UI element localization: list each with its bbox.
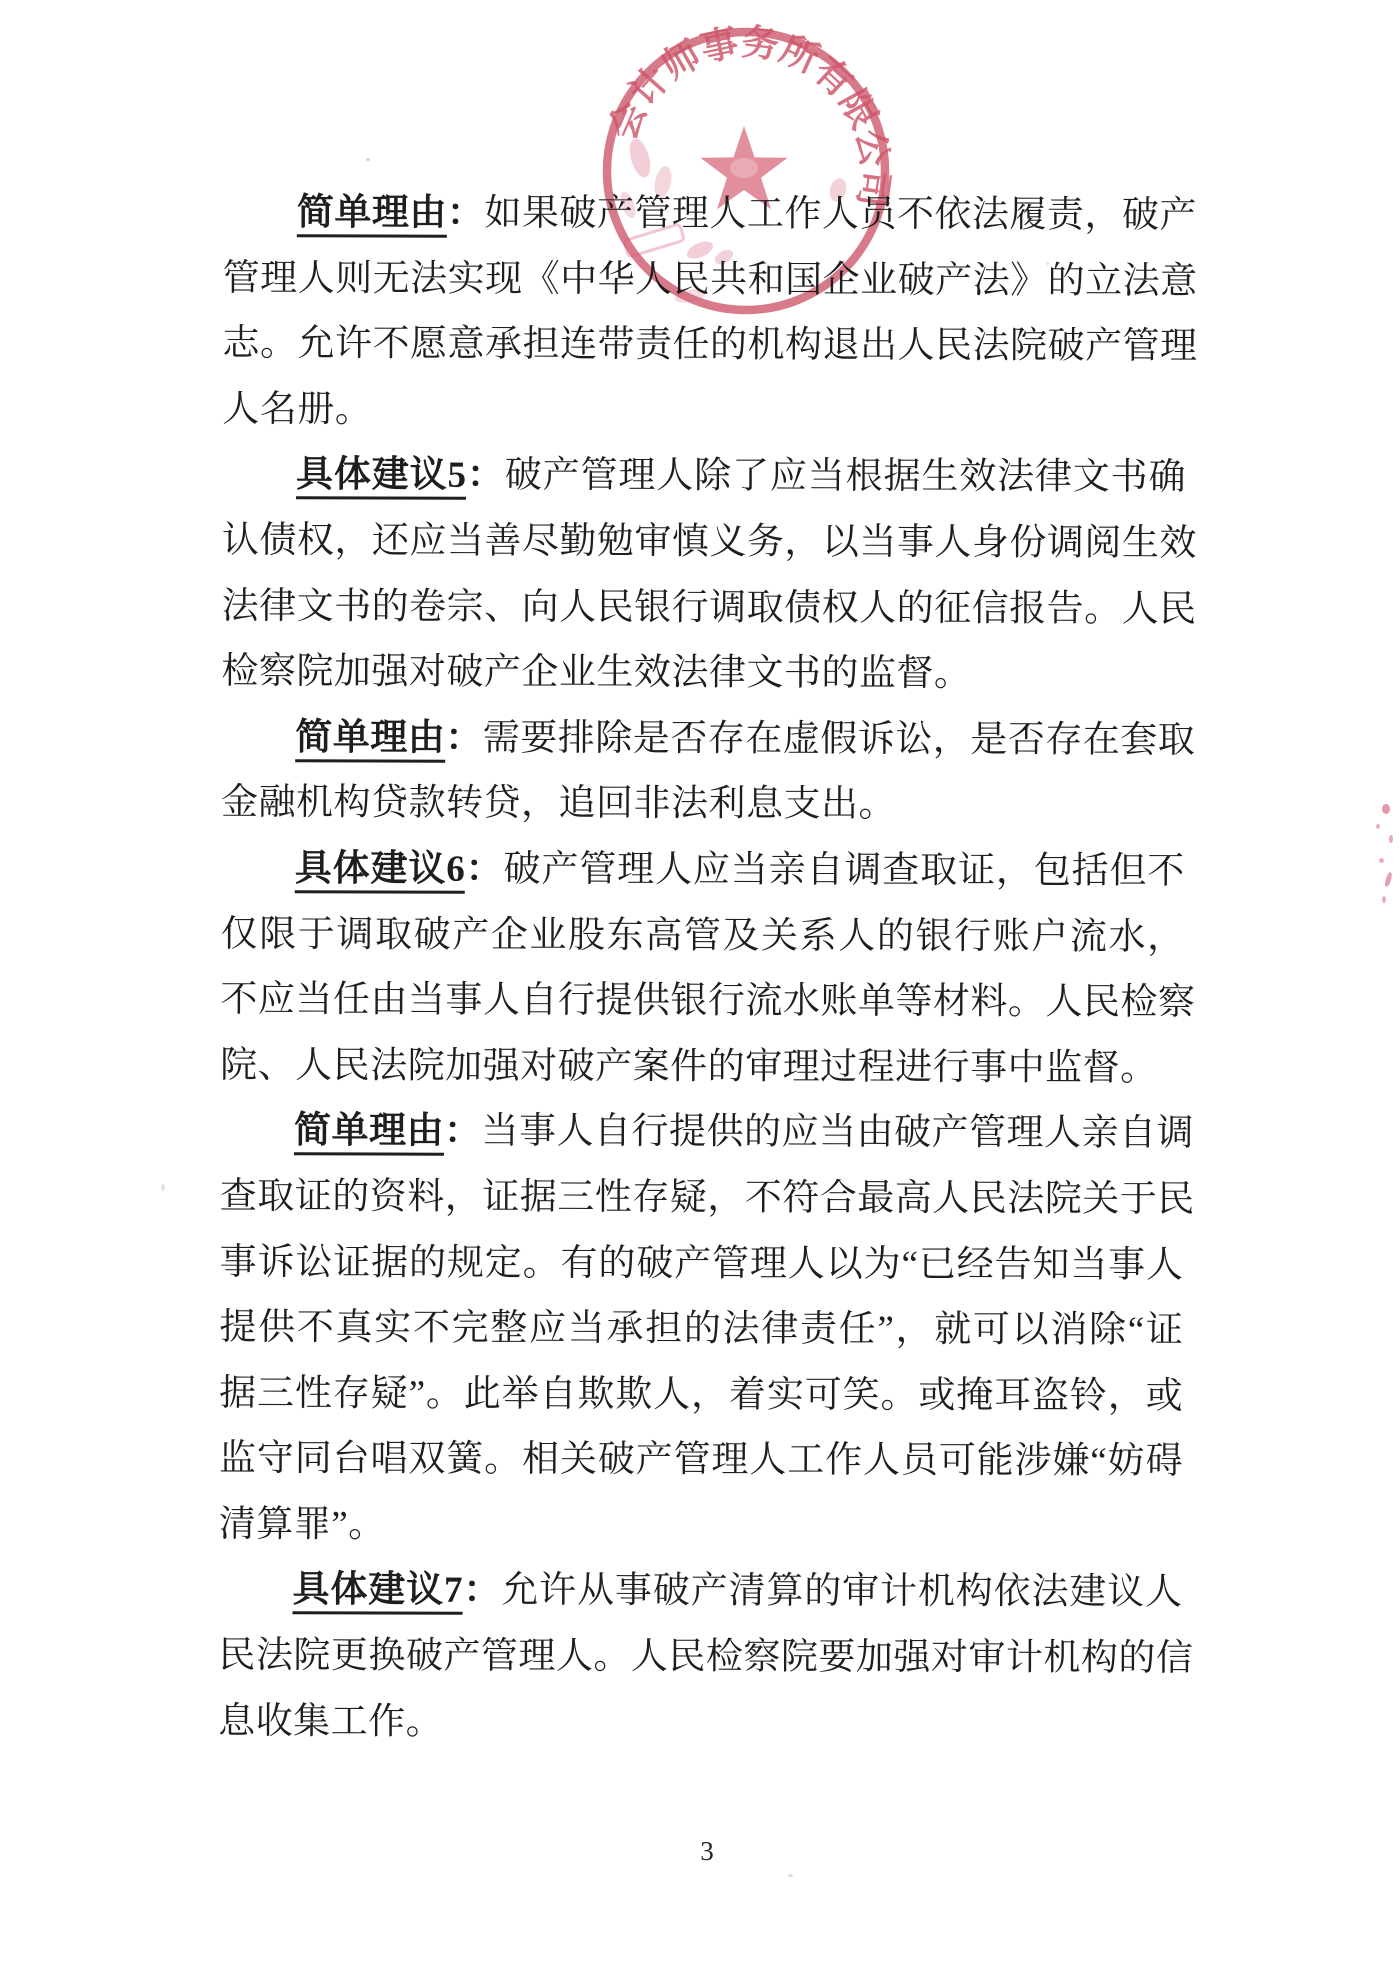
text-line: 简单理由：当事人自行提供的应当由破产管理人亲自调 xyxy=(220,1098,1184,1167)
paragraph-label: 具体建议6 xyxy=(295,848,466,894)
text-line: 不应当任由当事人自行提供银行流水账单等材料。人民检察 xyxy=(220,967,1184,1036)
paragraph-colon: ： xyxy=(447,193,485,234)
text-line: 简单理由：如果破产管理人工作人员不依法履责，破产 xyxy=(223,180,1187,249)
text-line: 仅限于调取破产企业股东高管及关系人的银行账户流水， xyxy=(221,902,1185,971)
paragraph-label: 简单理由 xyxy=(295,717,445,762)
scan-speck xyxy=(1046,262,1049,265)
text-line: 事诉讼证据的规定。有的破产管理人以为“已经告知当事人 xyxy=(219,1229,1183,1298)
text-block: 简单理由：如果破产管理人工作人员不依法履责，破产 管理人则无法实现《中华人民共和… xyxy=(218,180,1187,1757)
paragraph-label: 简单理由 xyxy=(294,1111,444,1156)
line-text: 破产管理人应当亲自调查取证，包括但不 xyxy=(504,849,1185,892)
text-line: 法律文书的卷宗、向人民银行调取债权人的征信报告。人民 xyxy=(222,574,1186,643)
line-text: 如果破产管理人工作人员不依法履责，破产 xyxy=(484,193,1197,236)
text-line: 查取证的资料，证据三性存疑，不符合最高人民法院关于民 xyxy=(220,1164,1184,1233)
text-line: 简单理由：需要排除是否存在虚假诉讼，是否存在套取 xyxy=(221,705,1185,774)
paragraph-label: 具体建议7 xyxy=(292,1570,463,1616)
paragraph-colon: ： xyxy=(444,1111,482,1152)
paragraph-colon: ： xyxy=(445,717,483,758)
text-line: 清算罪”。 xyxy=(219,1492,1183,1561)
text-line: 检察院加强对破产企业生效法律文书的监督。 xyxy=(221,639,1185,708)
paragraph-label: 具体建议5 xyxy=(296,455,467,501)
text-line: 具体建议6：破产管理人应当亲自调查取证，包括但不 xyxy=(221,836,1185,905)
line-text: 需要排除是否存在虚假诉讼，是否存在套取 xyxy=(483,718,1196,761)
line-text: 当事人自行提供的应当由破产管理人亲自调 xyxy=(481,1111,1194,1154)
text-line: 金融机构贷款转贷，追回非法利息支出。 xyxy=(221,770,1185,839)
paragraph-colon: ： xyxy=(463,1570,501,1611)
text-line: 认债权，还应当善尽勤勉审慎义务，以当事人身份调阅生效 xyxy=(222,508,1186,577)
text-line: 监守同台唱双簧。相关破产管理人工作人员可能涉嫌“妨碍 xyxy=(219,1426,1183,1495)
scan-speck xyxy=(161,1184,165,1191)
line-text: 破产管理人除了应当根据生效法律文书确 xyxy=(505,455,1186,498)
red-speck xyxy=(1389,835,1393,843)
red-speck xyxy=(1382,896,1386,903)
text-line: 具体建议5：破产管理人除了应当根据生效法律文书确 xyxy=(222,442,1186,511)
star-highlight xyxy=(730,158,758,178)
page-number: 3 xyxy=(683,1836,731,1867)
text-line: 志。允许不愿意承担连带责任的机构退出人民法院破产管理 xyxy=(222,311,1186,380)
text-line: 院、人民法院加强对破产案件的审理过程进行事中监督。 xyxy=(220,1033,1184,1102)
red-speck xyxy=(1379,858,1384,863)
paragraph-colon: ： xyxy=(465,849,503,890)
scan-speck xyxy=(788,1874,793,1877)
scan-speck xyxy=(366,158,370,161)
text-line: 人名册。 xyxy=(222,377,1186,446)
text-line: 据三性存疑”。此举自欺欺人，着实可笑。或掩耳盗铃，或 xyxy=(219,1361,1183,1430)
red-speck xyxy=(1376,824,1380,829)
red-speck xyxy=(1382,804,1390,814)
line-text: 允许从事破产清算的审计机构依法建议人 xyxy=(501,1570,1182,1613)
text-line: 民法院更换破产管理人。人民检察院要加强对审计机构的信 xyxy=(218,1623,1182,1692)
red-speck xyxy=(1384,872,1393,888)
document-page: { "page": { "number": "3" }, "colors": {… xyxy=(0,0,1400,1980)
text-line: 息收集工作。 xyxy=(218,1689,1182,1758)
text-line: 管理人则无法实现《中华人民共和国企业破产法》的立法意 xyxy=(223,246,1187,315)
paragraph-colon: ： xyxy=(466,455,504,496)
paragraph-label: 简单理由 xyxy=(297,192,447,237)
text-line: 提供不真实不完整应当承担的法律责任”，就可以消除“证 xyxy=(219,1295,1183,1364)
text-line: 具体建议7：允许从事破产清算的审计机构依法建议人 xyxy=(218,1557,1182,1626)
scanned-page-background: 会计师事务所有限公司 简单理由：如果破产管理人工作人员不依法履责，破产 管理人则… xyxy=(0,0,1400,1980)
